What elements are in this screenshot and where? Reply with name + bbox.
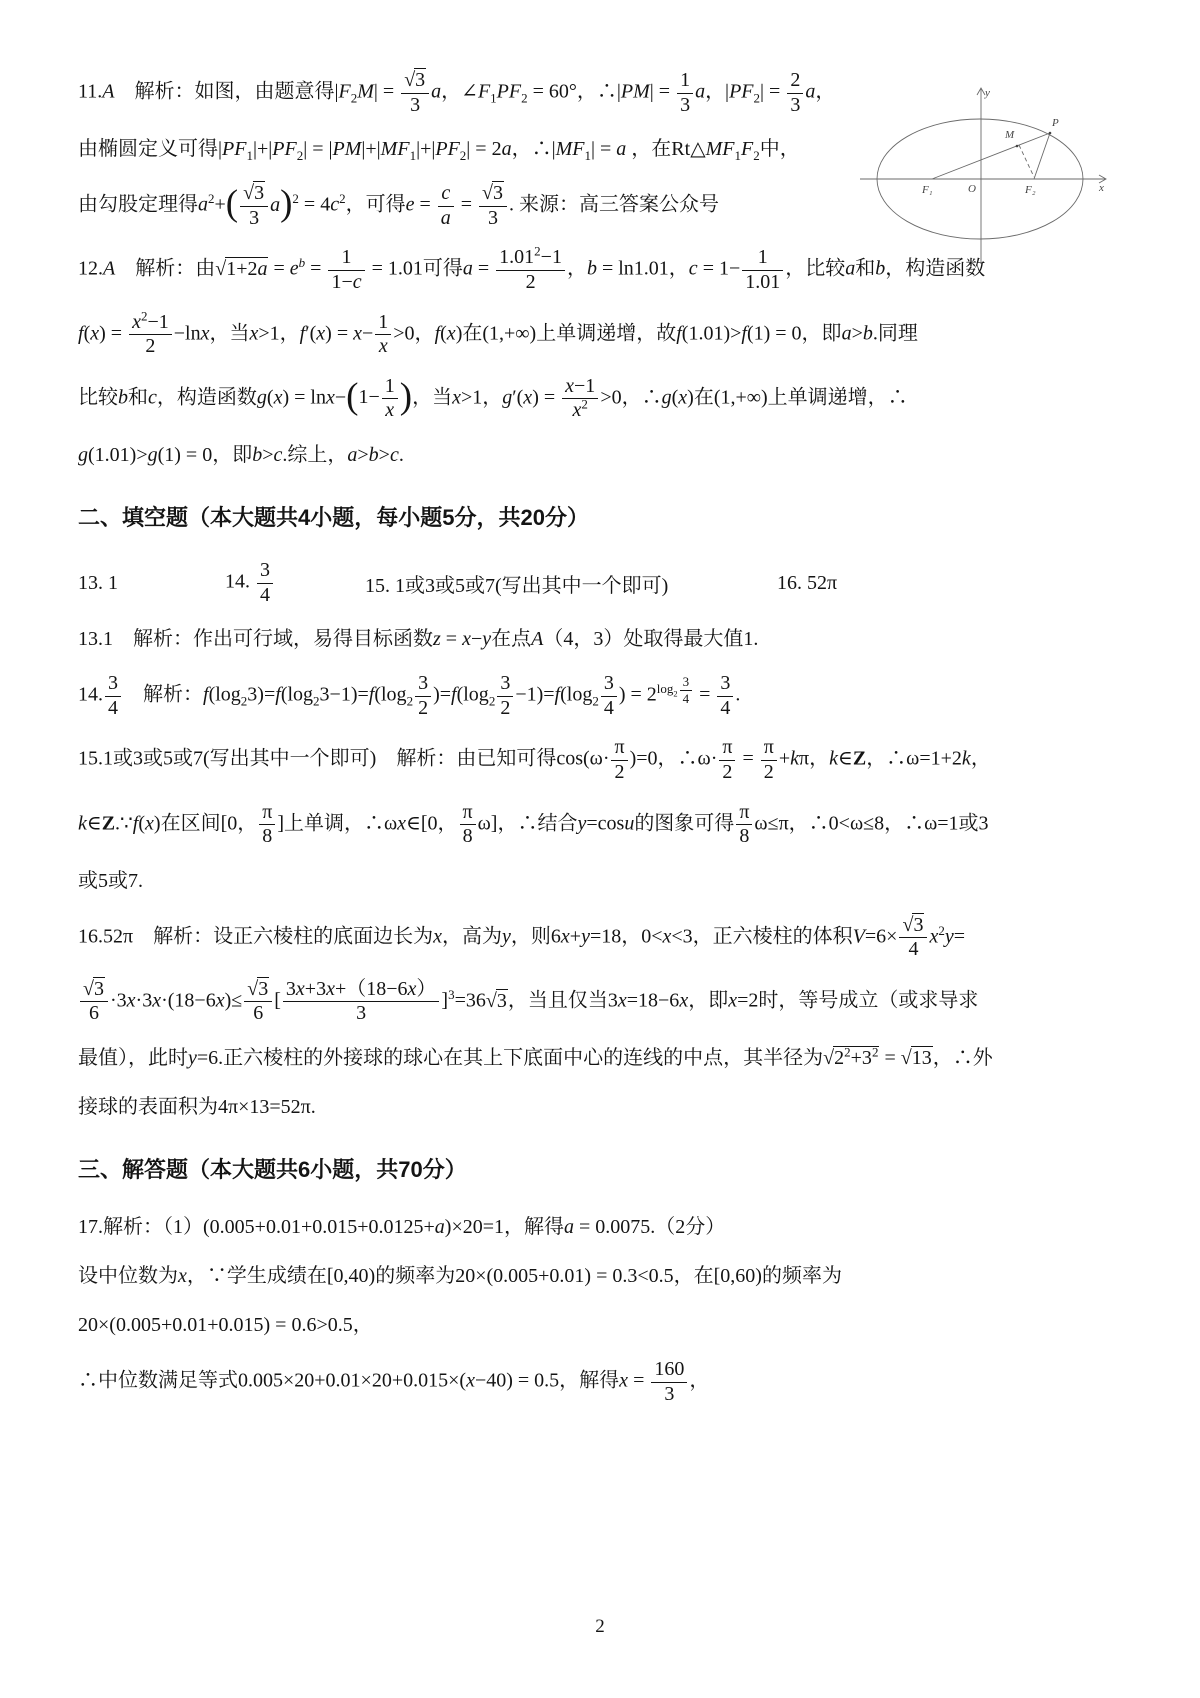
segment-f1-p (932, 133, 1050, 179)
segment-m-f2-dashed (1019, 145, 1034, 177)
solution-11-line-3: 由勾股定理得a2+(√33a)2 = 4c2，可得e = ca = √33. 来… (78, 183, 850, 229)
solution-17-line-1: 17.解析：（1）(0.005+0.01+0.015+0.0125+a)×20=… (78, 1212, 1134, 1243)
page-number: 2 (0, 1616, 1200, 1638)
fill-in-answers-row: 13. 1 14. 34 15. 1或3或5或7(写出其中一个即可) 16. 5… (78, 560, 1134, 606)
solution-12-line-4: g(1.01)>g(1) = 0，即b>c.综上，a>b>c. (78, 440, 1134, 471)
fill-in-section-heading: 二、填空题（本大题共4小题，每小题5分，共20分） (78, 501, 1134, 532)
solution-14-line-1: 14.34 解析：f(log23)=f(log23−1)=f(log232)=f… (78, 673, 1134, 719)
solution-15-line-1: 15.1或3或5或7(写出其中一个即可) 解析：由已知可得cos(ω·π2)=0… (78, 737, 1134, 783)
figure-label-f1: F₁ (921, 184, 933, 196)
segment-p-f2 (1034, 133, 1050, 179)
point-p-dot (1049, 132, 1052, 135)
ellipse-figure: y x O F₁ F₂ M P (852, 62, 1120, 272)
solution-16-line-3: 最值），此时y=6.正六棱柱的外接球的球心在其上下底面中心的连线的中点，其半径为… (78, 1043, 1134, 1074)
figure-label-y: y (984, 87, 990, 99)
solution-13-line-1: 13.1 解析：作出可行域，易得目标函数z = x−y在点A（4，3）处取得最大… (78, 624, 1134, 655)
solution-17-line-3: 20×(0.005+0.01+0.015) = 0.6>0.5， (78, 1310, 1134, 1341)
solution-15-line-3: 或5或7. (78, 866, 1134, 897)
figure-label-x: x (1098, 182, 1104, 194)
answer-13: 13. 1 (78, 572, 225, 595)
answer-14: 14. 34 (225, 560, 365, 606)
solution-17-line-4: ∴中位数满足等式0.005×20+0.01×20+0.015×(x−40) = … (78, 1359, 1134, 1405)
solution-12-line-2: f(x) = x2−12−lnx，当x>1，f′(x) = x−1x>0，f(x… (78, 312, 1134, 358)
solution-16-line-1: 16.52π 解析：设正六棱柱的底面边长为x，高为y，则6x+y=18，0<x<… (78, 915, 1134, 961)
solve-section-heading: 三、解答题（本大题共6小题，共70分） (78, 1153, 1134, 1184)
solution-16-line-2: √36·3x·3x·(18−6x)≤√36[3x+3x+（18−6x）3]3=3… (78, 979, 1134, 1025)
figure-label-m: M (1004, 129, 1015, 141)
point-m-dot (1016, 145, 1019, 148)
solution-11-line-2: 由椭圆定义可得|PF1|+|PF2| = |PM|+|MF1|+|PF2| = … (78, 134, 850, 165)
answer-15: 15. 1或3或5或7(写出其中一个即可) (365, 569, 777, 598)
solution-15-line-2: k∈Z.∵f(x)在区间[0，π8]上单调，∴ωx∈[0，π8ω]，∴结合y=c… (78, 802, 1134, 848)
figure-label-f2: F₂ (1024, 184, 1036, 196)
solution-16-line-4: 接球的表面积为4π×13=52π. (78, 1092, 1134, 1123)
solution-11-line-1: 11.A 解析：如图，由题意得|F2M| = √33a，∠F1PF2 = 60°… (78, 70, 850, 116)
answer-16: 16. 52π (777, 572, 1134, 595)
solution-12-line-3: 比较b和c，构造函数g(x) = lnx−(1−1x)，当x>1，g′(x) =… (78, 376, 1134, 422)
figure-label-p: P (1051, 117, 1059, 129)
solution-17-line-2: 设中位数为x，∵学生成绩在[0,40)的频率为20×(0.005+0.01) =… (78, 1261, 1134, 1292)
figure-label-origin: O (968, 183, 976, 195)
